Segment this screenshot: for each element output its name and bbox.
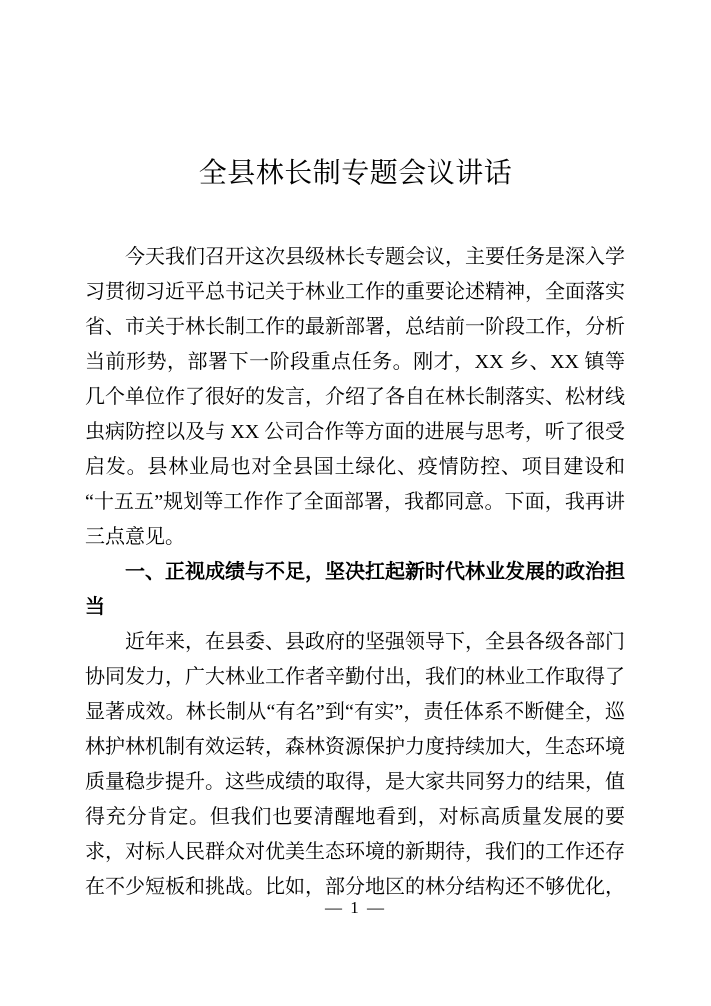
- paragraph-opening: 今天我们召开这次县级林长专题会议，主要任务是深入学习贯彻习近平总书记关于林业工作…: [85, 240, 625, 555]
- paragraph-achievements: 近年来，在县委、县政府的坚强领导下，全县各级各部门协同发力，广大林业工作者辛勤付…: [85, 625, 625, 905]
- section-heading-1: 一、正视成绩与不足，坚决扛起新时代林业发展的政治担当: [85, 555, 625, 625]
- page-number: — 1 —: [0, 897, 711, 919]
- document-page: 全县林长制专题会议讲话 今天我们召开这次县级林长专题会议，主要任务是深入学习贯彻…: [0, 0, 711, 1006]
- document-body: 今天我们召开这次县级林长专题会议，主要任务是深入学习贯彻习近平总书记关于林业工作…: [85, 240, 625, 905]
- document-title: 全县林长制专题会议讲话: [0, 158, 711, 190]
